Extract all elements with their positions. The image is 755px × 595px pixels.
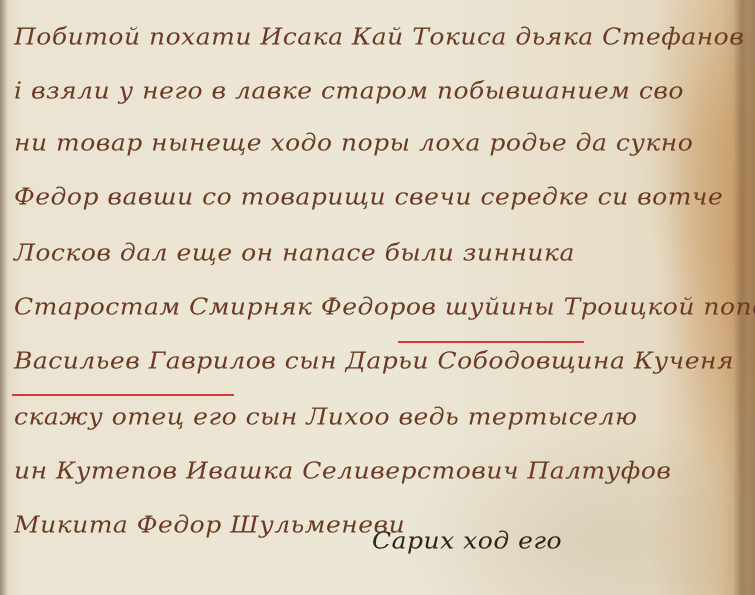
- manuscript-line-8: скажу отец его сын Лихоо ведь тертыселю: [14, 403, 638, 431]
- manuscript-line-7: Васильев Гаврилов сын Дарьи Сободовщина …: [14, 347, 734, 375]
- manuscript-line-5: Лосков дал еще он напасе были зинника: [14, 239, 575, 267]
- red-underline-annotation-2: [12, 394, 234, 396]
- manuscript-page: Побитой похати Исака Кай Токиса дьяка Ст…: [0, 0, 755, 595]
- page-left-edge: [0, 0, 8, 595]
- manuscript-line-4: Федор вавши со товарищи свечи середке си…: [14, 183, 723, 211]
- manuscript-line-3: ни товар нынеще ходо поры лоха родье да …: [14, 129, 693, 157]
- signature: Сарих ход его: [372, 527, 562, 555]
- red-underline-annotation-1: [398, 341, 584, 343]
- manuscript-line-2: і взяли у него в лавке старом побывшание…: [14, 77, 684, 105]
- manuscript-line-1: Побитой похати Исака Кай Токиса дьяка Ст…: [14, 23, 744, 51]
- manuscript-line-9: ин Кутепов Ивашка Селиверстович Палтуфов: [14, 457, 671, 485]
- manuscript-line-10: Микита Федор Шульменеви: [14, 511, 405, 539]
- manuscript-line-6: Старостам Смирняк Федоров шуйины Троицко…: [14, 293, 755, 321]
